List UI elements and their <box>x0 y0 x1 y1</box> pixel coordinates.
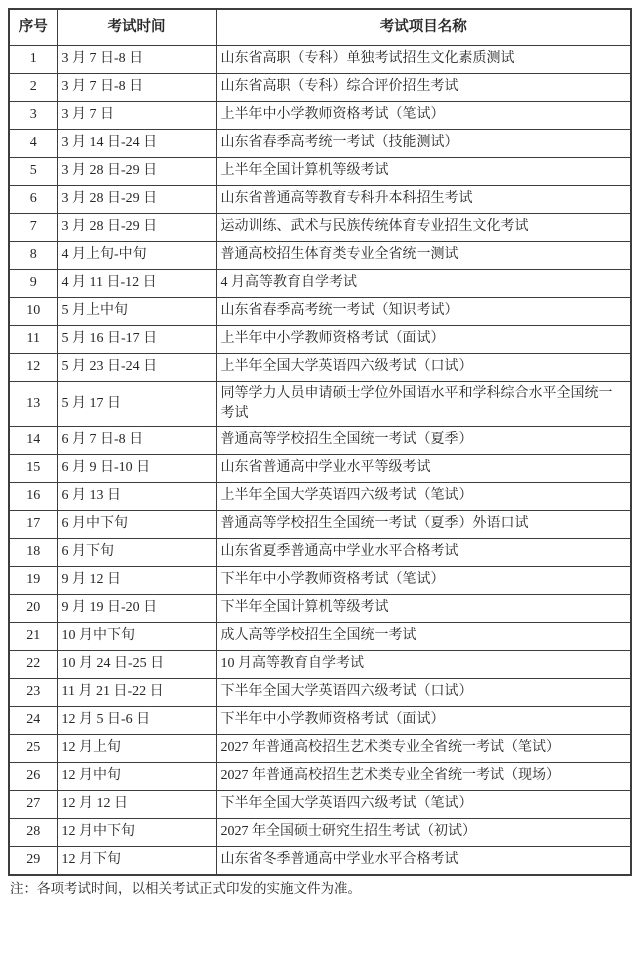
cell-date: 10 月 24 日-25 日 <box>57 651 216 679</box>
table-row: 18 6 月下旬 山东省夏季普通高中学业水平合格考试 <box>9 539 631 567</box>
cell-name: 山东省普通高等教育专科升本科招生考试 <box>216 185 631 213</box>
table-row: 28 12 月中下旬 2027 年全国硕士研究生招生考试（初试） <box>9 819 631 847</box>
cell-name: 山东省夏季普通高中学业水平合格考试 <box>216 539 631 567</box>
table-row: 13 5 月 17 日 同等学力人员申请硕士学位外国语水平和学科综合水平全国统一… <box>9 381 631 427</box>
cell-name: 山东省高职（专科）单独考试招生文化素质测试 <box>216 45 631 73</box>
cell-no: 12 <box>9 353 57 381</box>
cell-date: 3 月 28 日-29 日 <box>57 157 216 185</box>
cell-no: 20 <box>9 595 57 623</box>
cell-name: 上半年全国大学英语四六级考试（口试） <box>216 353 631 381</box>
table-row: 17 6 月中下旬 普通高等学校招生全国统一考试（夏季）外语口试 <box>9 511 631 539</box>
cell-date: 6 月中下旬 <box>57 511 216 539</box>
cell-name: 同等学力人员申请硕士学位外国语水平和学科综合水平全国统一考试 <box>216 381 631 427</box>
table-row: 19 9 月 12 日 下半年中小学教师资格考试（笔试） <box>9 567 631 595</box>
cell-no: 16 <box>9 483 57 511</box>
table-row: 6 3 月 28 日-29 日 山东省普通高等教育专科升本科招生考试 <box>9 185 631 213</box>
cell-no: 1 <box>9 45 57 73</box>
cell-name: 下半年全国计算机等级考试 <box>216 595 631 623</box>
cell-name: 2027 年普通高校招生艺术类专业全省统一考试（现场） <box>216 763 631 791</box>
cell-no: 3 <box>9 101 57 129</box>
cell-name: 山东省春季高考统一考试（技能测试） <box>216 129 631 157</box>
table-row: 26 12 月中旬 2027 年普通高校招生艺术类专业全省统一考试（现场） <box>9 763 631 791</box>
cell-date: 12 月下旬 <box>57 847 216 875</box>
cell-name: 成人高等学校招生全国统一考试 <box>216 623 631 651</box>
cell-date: 6 月 9 日-10 日 <box>57 455 216 483</box>
cell-no: 8 <box>9 241 57 269</box>
header-cell-name: 考试项目名称 <box>216 9 631 45</box>
cell-date: 9 月 19 日-20 日 <box>57 595 216 623</box>
cell-date: 5 月 23 日-24 日 <box>57 353 216 381</box>
cell-date: 12 月 5 日-6 日 <box>57 707 216 735</box>
table-row: 2 3 月 7 日-8 日 山东省高职（专科）综合评价招生考试 <box>9 73 631 101</box>
table-row: 5 3 月 28 日-29 日 上半年全国计算机等级考试 <box>9 157 631 185</box>
table-row: 24 12 月 5 日-6 日 下半年中小学教师资格考试（面试） <box>9 707 631 735</box>
table-row: 20 9 月 19 日-20 日 下半年全国计算机等级考试 <box>9 595 631 623</box>
cell-date: 5 月 17 日 <box>57 381 216 427</box>
table-row: 27 12 月 12 日 下半年全国大学英语四六级考试（笔试） <box>9 791 631 819</box>
cell-name: 山东省春季高考统一考试（知识考试） <box>216 297 631 325</box>
exam-schedule-table: 序号 考试时间 考试项目名称 1 3 月 7 日-8 日 山东省高职（专科）单独… <box>8 8 632 876</box>
cell-no: 28 <box>9 819 57 847</box>
cell-date: 12 月中下旬 <box>57 819 216 847</box>
table-row: 14 6 月 7 日-8 日 普通高等学校招生全国统一考试（夏季） <box>9 427 631 455</box>
cell-date: 9 月 12 日 <box>57 567 216 595</box>
cell-no: 19 <box>9 567 57 595</box>
table-row: 23 11 月 21 日-22 日 下半年全国大学英语四六级考试（口试） <box>9 679 631 707</box>
table-row: 15 6 月 9 日-10 日 山东省普通高中学业水平等级考试 <box>9 455 631 483</box>
cell-name: 2027 年普通高校招生艺术类专业全省统一考试（笔试） <box>216 735 631 763</box>
cell-name: 10 月高等教育自学考试 <box>216 651 631 679</box>
table-row: 12 5 月 23 日-24 日 上半年全国大学英语四六级考试（口试） <box>9 353 631 381</box>
cell-name: 上半年中小学教师资格考试（面试） <box>216 325 631 353</box>
cell-name: 山东省冬季普通高中学业水平合格考试 <box>216 847 631 875</box>
cell-date: 3 月 7 日-8 日 <box>57 45 216 73</box>
cell-no: 24 <box>9 707 57 735</box>
table-row: 1 3 月 7 日-8 日 山东省高职（专科）单独考试招生文化素质测试 <box>9 45 631 73</box>
cell-no: 5 <box>9 157 57 185</box>
table-row: 11 5 月 16 日-17 日 上半年中小学教师资格考试（面试） <box>9 325 631 353</box>
table-row: 21 10 月中下旬 成人高等学校招生全国统一考试 <box>9 623 631 651</box>
cell-name: 普通高等学校招生全国统一考试（夏季）外语口试 <box>216 511 631 539</box>
cell-name: 上半年中小学教师资格考试（笔试） <box>216 101 631 129</box>
table-row: 29 12 月下旬 山东省冬季普通高中学业水平合格考试 <box>9 847 631 875</box>
cell-no: 29 <box>9 847 57 875</box>
cell-date: 5 月 16 日-17 日 <box>57 325 216 353</box>
cell-date: 12 月 12 日 <box>57 791 216 819</box>
cell-no: 4 <box>9 129 57 157</box>
cell-date: 3 月 7 日-8 日 <box>57 73 216 101</box>
cell-name: 上半年全国计算机等级考试 <box>216 157 631 185</box>
cell-no: 25 <box>9 735 57 763</box>
cell-name: 下半年中小学教师资格考试（面试） <box>216 707 631 735</box>
cell-date: 3 月 14 日-24 日 <box>57 129 216 157</box>
cell-date: 5 月上中旬 <box>57 297 216 325</box>
cell-name: 下半年全国大学英语四六级考试（口试） <box>216 679 631 707</box>
cell-no: 6 <box>9 185 57 213</box>
cell-date: 11 月 21 日-22 日 <box>57 679 216 707</box>
table-row: 8 4 月上旬-中旬 普通高校招生体育类专业全省统一测试 <box>9 241 631 269</box>
cell-no: 13 <box>9 381 57 427</box>
cell-no: 18 <box>9 539 57 567</box>
cell-no: 21 <box>9 623 57 651</box>
cell-no: 11 <box>9 325 57 353</box>
table-row: 25 12 月上旬 2027 年普通高校招生艺术类专业全省统一考试（笔试） <box>9 735 631 763</box>
cell-date: 3 月 28 日-29 日 <box>57 185 216 213</box>
header-cell-date: 考试时间 <box>57 9 216 45</box>
cell-no: 9 <box>9 269 57 297</box>
cell-no: 17 <box>9 511 57 539</box>
cell-name: 下半年中小学教师资格考试（笔试） <box>216 567 631 595</box>
cell-date: 12 月上旬 <box>57 735 216 763</box>
cell-name: 上半年全国大学英语四六级考试（笔试） <box>216 483 631 511</box>
cell-name: 山东省普通高中学业水平等级考试 <box>216 455 631 483</box>
cell-date: 6 月 7 日-8 日 <box>57 427 216 455</box>
cell-name: 山东省高职（专科）综合评价招生考试 <box>216 73 631 101</box>
cell-no: 10 <box>9 297 57 325</box>
header-row: 序号 考试时间 考试项目名称 <box>9 9 631 45</box>
cell-name: 运动训练、武术与民族传统体育专业招生文化考试 <box>216 213 631 241</box>
cell-no: 23 <box>9 679 57 707</box>
table-row: 9 4 月 11 日-12 日 4 月高等教育自学考试 <box>9 269 631 297</box>
cell-name: 普通高校招生体育类专业全省统一测试 <box>216 241 631 269</box>
cell-date: 6 月 13 日 <box>57 483 216 511</box>
table-row: 7 3 月 28 日-29 日 运动训练、武术与民族传统体育专业招生文化考试 <box>9 213 631 241</box>
cell-name: 4 月高等教育自学考试 <box>216 269 631 297</box>
cell-date: 12 月中旬 <box>57 763 216 791</box>
document-page: 序号 考试时间 考试项目名称 1 3 月 7 日-8 日 山东省高职（专科）单独… <box>0 0 639 956</box>
cell-no: 7 <box>9 213 57 241</box>
cell-no: 14 <box>9 427 57 455</box>
cell-no: 22 <box>9 651 57 679</box>
cell-no: 26 <box>9 763 57 791</box>
cell-date: 10 月中下旬 <box>57 623 216 651</box>
cell-date: 4 月 11 日-12 日 <box>57 269 216 297</box>
header-cell-no: 序号 <box>9 9 57 45</box>
table-row: 3 3 月 7 日 上半年中小学教师资格考试（笔试） <box>9 101 631 129</box>
table-row: 4 3 月 14 日-24 日 山东省春季高考统一考试（技能测试） <box>9 129 631 157</box>
table-row: 10 5 月上中旬 山东省春季高考统一考试（知识考试） <box>9 297 631 325</box>
footnote: 注：各项考试时间，以相关考试正式印发的实施文件为准。 <box>8 880 631 899</box>
cell-date: 3 月 28 日-29 日 <box>57 213 216 241</box>
table-row: 16 6 月 13 日 上半年全国大学英语四六级考试（笔试） <box>9 483 631 511</box>
cell-name: 普通高等学校招生全国统一考试（夏季） <box>216 427 631 455</box>
table-body: 1 3 月 7 日-8 日 山东省高职（专科）单独考试招生文化素质测试 2 3 … <box>9 45 631 875</box>
table-header: 序号 考试时间 考试项目名称 <box>9 9 631 45</box>
cell-no: 2 <box>9 73 57 101</box>
cell-name: 下半年全国大学英语四六级考试（笔试） <box>216 791 631 819</box>
cell-name: 2027 年全国硕士研究生招生考试（初试） <box>216 819 631 847</box>
cell-no: 27 <box>9 791 57 819</box>
cell-date: 6 月下旬 <box>57 539 216 567</box>
cell-date: 4 月上旬-中旬 <box>57 241 216 269</box>
cell-date: 3 月 7 日 <box>57 101 216 129</box>
cell-no: 15 <box>9 455 57 483</box>
table-row: 22 10 月 24 日-25 日 10 月高等教育自学考试 <box>9 651 631 679</box>
